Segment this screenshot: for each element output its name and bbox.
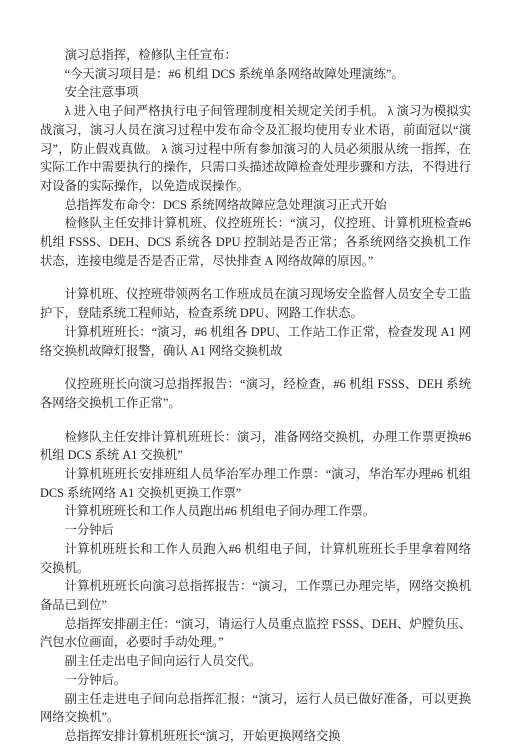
- blank-line: [40, 413, 471, 428]
- blank-line: [40, 270, 471, 285]
- paragraph-run-in: 计算机班班长和工作人员跑入#6 机组电子间，计算机班班长手里拿着网络交换机。: [40, 540, 471, 577]
- document-page: 演习总指挥，检修队主任宣布： “今天演习项目是：#6 机组 DCS 系统单条网络…: [0, 0, 508, 748]
- paragraph-director-workorder: 检修队主任安排计算机班班长：演习，准备网络交换机，办理工作票更换#6 机组 DC…: [40, 428, 471, 465]
- paragraph-deputy-order: 总指挥安排副主任：“演习，请运行人员重点监控 FSSS、DEH、炉膛负压、汽包水…: [40, 615, 471, 652]
- paragraph-workticket-assignment: 计算机班班长安排班组人员华治军办理工作票：“演习，华治军办理#6 机组 DCS …: [40, 465, 471, 502]
- paragraph-safety-rules: λ 进入电子间严格执行电子间管理制度相关规定关闭手机。 λ 演习为模拟实战演习，…: [40, 102, 471, 196]
- paragraph-deputy-walks-out: 副主任走出电子间向运行人员交代。: [40, 652, 471, 671]
- paragraph-computer-lead-report: 计算机班班长：“演习，#6 机组各 DPU、工作站工作正常，检查发现 A1 网络…: [40, 323, 471, 360]
- paragraph-run-out: 计算机班班长和工作人员跑出#6 机组电子间办理工作票。: [40, 502, 471, 521]
- blank-line: [40, 360, 471, 375]
- paragraph-safety-heading: 安全注意事项: [40, 83, 471, 102]
- paragraph-deputy-report: 副主任走进电子间向总指挥汇报：“演习，运行人员已做好准备，可以更换网络交换机”。: [40, 690, 471, 727]
- paragraph-final-command: 总指挥安排计算机班班长“演习，开始更换网络交换: [40, 727, 471, 746]
- paragraph-one-minute-later-2: 一分钟后。: [40, 671, 471, 690]
- paragraph-ticket-ready-report: 计算机班班长向演习总指挥报告：“演习，工作票已办理完毕，网络交换机备品已到位”: [40, 577, 471, 614]
- paragraph-director-order: 检修队主任安排计算机班、仪控班班长：“演习，仪控班、计算机班检查#6 机组 FS…: [40, 214, 471, 270]
- paragraph-ic-lead-report: 仪控班班长向演习总指挥报告：“演习，经检查，#6 机组 FSSS、DEH 系统各…: [40, 375, 471, 412]
- paragraph-one-minute-later-1: 一分钟后: [40, 521, 471, 540]
- paragraph-command-start: 总指挥发布命令：DCS 系统网络故障应急处理演习正式开始: [40, 196, 471, 215]
- paragraph-drill-subject: “今天演习项目是：#6 机组 DCS 系统单条网络故障处理演练”。: [40, 65, 471, 84]
- paragraph-announcer: 演习总指挥，检修队主任宣布：: [40, 46, 471, 65]
- paragraph-team-inspection: 计算机班、仪控班带领两名工作班成员在演习现场安全监督人员安全专工监护下，登陆系统…: [40, 285, 471, 322]
